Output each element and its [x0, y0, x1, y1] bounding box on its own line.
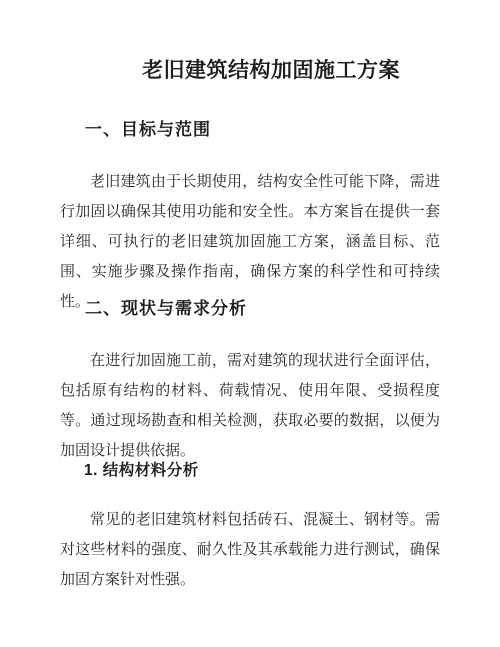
document-title: 老旧建筑结构加固施工方案 [0, 57, 500, 84]
paragraph-material-analysis: 常见的老旧建筑材料包括砖石、混凝土、钢材等。需对这些材料的强度、耐久性及其承载能… [60, 505, 440, 595]
paragraph-goals-scope: 老旧建筑由于长期使用，结构安全性可能下降，需进行加固以确保其使用功能和安全性。本… [60, 167, 440, 317]
paragraph-status-needs: 在进行加固施工前，需对建筑的现状进行全面评估，包括原有结构的材料、荷载情况、使用… [60, 346, 440, 466]
section-heading-goals-scope: 一、目标与范围 [85, 120, 211, 139]
section-heading-status-needs: 二、现状与需求分析 [85, 299, 247, 318]
subsection-heading-material-analysis: 1. 结构材料分析 [84, 462, 199, 480]
document-page: 老旧建筑结构加固施工方案 一、目标与范围 老旧建筑由于长期使用，结构安全性可能下… [0, 0, 500, 647]
